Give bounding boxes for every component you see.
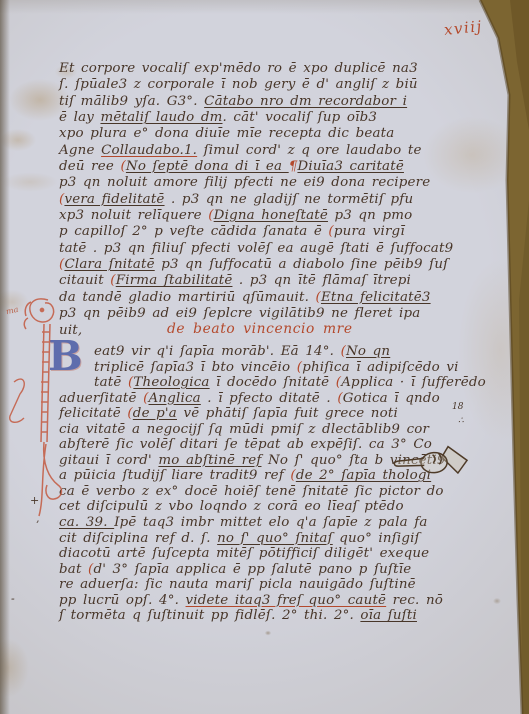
manuscript-line: tatē . p3 qn filiuſ pfecti volēſ ea augē… <box>59 241 459 257</box>
text-segment: Diuīa3 caritatē <box>297 159 404 174</box>
text-segment: cit diſciplina ref d. ſ. <box>59 531 217 546</box>
text-segment: no ſ' quo° ſnitaſ <box>217 531 333 546</box>
manuscript-photo: xviij Et corpore vocaliſ exp'mēdo ro ē x… <box>0 0 529 714</box>
text-segment: mētaliſ laudo dm <box>100 110 222 125</box>
chapter-rubric: de beato vincencio mre <box>167 321 353 337</box>
manuscript-line: xpo plura e° dona diuīe mīe recepta dic … <box>59 126 459 142</box>
margin-note-number: 18 <box>452 402 463 412</box>
text-segment: cia vitatē a negocijſ ſq mūdi pmiſ z dle… <box>59 422 429 437</box>
manuscript-line: bat (d' 3° ſapīa applica ē pp ſalutē pan… <box>59 562 459 578</box>
manuscript-line: eat9 vir q'i ſapīa morāb'. Eā 14°. (No q… <box>94 344 459 360</box>
manuscript-line: diacotū artē ſuſcepta mitēſ pōtifficiſ d… <box>59 546 459 562</box>
text-segment: Digna honeſtatē <box>214 208 328 223</box>
manuscript-line: ſ. ſpūale3 z corporale ī nob gery ē d' a… <box>59 77 459 93</box>
text-segment: ſ tormēta q ſuſtinuit pp fidlēſ. 2° thi.… <box>59 608 360 623</box>
text-segment: da tandē gladio martiriū qſūmauit. <box>59 290 316 305</box>
penwork-flourish-icon <box>4 292 64 520</box>
text-segment: Et corpore vocaliſ exp'mēdo ro ē xpo dup… <box>59 61 418 76</box>
text-segment: p3 qn ſuffocatū a diabolo ſine pēib9 ſuſ <box>155 257 449 272</box>
manuscript-line: Et corpore vocaliſ exp'mēdo ro ē xpo dup… <box>59 61 459 77</box>
text-segment: ca. 39. <box>59 515 114 530</box>
manuscript-line: p capilloſ 2° p veſte cādida ſanata ē (p… <box>59 224 459 240</box>
manuscript-line: Agne Collaudabo.1. ſimul cord' z q ore l… <box>59 143 459 159</box>
manuscript-line: cia vitatē a negocijſ ſq mūdi pmiſ z dle… <box>59 422 459 438</box>
text-segment: . ī pfecto ditatē . <box>201 391 337 406</box>
text-segment: Theologica <box>133 375 209 390</box>
text-segment: videte itaq3 freſ quo° cautē <box>186 593 387 608</box>
text-segment: Firma ſtabilitatē <box>116 273 233 288</box>
text-segment: triplicē ſapīa3 ī bto vincēio <box>94 360 297 375</box>
text-segment: eat9 vir q'i ſapīa morāb'. Eā 14°. <box>94 344 341 359</box>
text-segment: No ſeptē dona di ī ea <box>126 159 289 174</box>
text-segment: diacotū artē ſuſcepta mitēſ pōtifficiſ d… <box>59 546 429 561</box>
text-segment: . cāt' vocaliſ ſup oīb3 <box>222 110 377 125</box>
manuscript-line: ſ tormēta q ſuſtinuit pp fidlēſ. 2° thi.… <box>59 608 459 624</box>
text-segment: tiſ mālib9 yſa. G3°. <box>59 94 204 109</box>
text-segment: bat <box>59 562 88 577</box>
text-segment: a pūicia ſtudijſ liare tradit9 ref <box>59 468 290 483</box>
text-segment: Applica · ī ſufferēdo <box>341 375 486 390</box>
text-segment: ē lay <box>59 110 100 125</box>
text-segment: felicitatē <box>59 406 127 421</box>
text-segment: p capilloſ 2° p veſte cādida ſanata ē <box>59 224 328 239</box>
manuscript-line: aduerſitatē (Anglica . ī pfecto ditatē .… <box>59 391 459 407</box>
manuscript-line: deū ree (No ſeptē dona di ī ea ¶Diuīa3 c… <box>59 159 459 175</box>
text-segment: Etna felicitatē3 <box>321 290 431 305</box>
margin-dots-mark: ∴ <box>458 416 464 426</box>
manuscript-line: citauit (Firma ſtabilitatē . p3 qn ītē f… <box>59 273 459 289</box>
text-segment: pp lucrū opſ. 4°. <box>59 593 186 608</box>
text-segment: deū ree <box>59 159 120 174</box>
manuscript-line: tiſ mālib9 yſa. G3°. Cātabo nro dm recor… <box>59 94 459 110</box>
manuscript-line: da tandē gladio martiriū qſūmauit. (Etna… <box>59 290 459 306</box>
manuscript-line: p3 qn noluit amore filij pfecti ne ei9 d… <box>59 175 459 191</box>
manuscript-line: cet diſcipulū z vbo loqndo z corā eo līe… <box>59 499 459 515</box>
text-segment: Collaudabo.1. <box>101 143 197 158</box>
text-segment: quo° inſigiſ <box>333 531 420 546</box>
text-segment: Anglica <box>149 391 201 406</box>
text-segment: re aduerſa: ſic nauta mariſ picla nauigā… <box>59 577 416 592</box>
text-segment: No qn <box>346 344 390 359</box>
manuscript-line: (vera fidelitatē . p3 qn ne gladijſ ne t… <box>59 192 459 208</box>
text-segment: ca ē verbo z ex° docē hoiēſ tenē ſnitatē… <box>59 484 444 499</box>
text-segment: citauit <box>59 273 110 288</box>
manuscript-line: felicitatē (de p'a vē phātiſ ſapīa fuit … <box>59 406 459 422</box>
manuscript-line: pp lucrū opſ. 4°. videte itaq3 freſ quo°… <box>59 593 459 609</box>
text-segment: xpo plura e° dona diuīe mīe recepta dic … <box>59 126 394 141</box>
text-segment: de p'a <box>133 406 177 421</box>
text-segment: vera fidelitatē <box>64 192 164 207</box>
text-segment: Ipē taq3 imbr mittet elo q'a ſapīe z pal… <box>114 515 427 530</box>
text-segment: vē phātiſ ſapīa fuit grece noti <box>177 406 398 421</box>
text-segment: pura virgī <box>334 224 405 239</box>
manuscript-line: triplicē ſapīa3 ī bto vincēio (phiſica ī… <box>94 360 459 376</box>
text-segment: . p3 qn ne gladijſ ne tormētiſ pfu <box>165 192 414 207</box>
text-segment: gitaui ī cord' <box>59 453 158 468</box>
text-segment: rec. nō <box>386 593 443 608</box>
manuscript-line: re aduerſa: ſic nauta mariſ picla nauigā… <box>59 577 459 593</box>
margin-plus-mark: + <box>30 494 39 507</box>
manuscript-line: ē lay mētaliſ laudo dm. cāt' vocaliſ ſup… <box>59 110 459 126</box>
text-segment: aduerſitatē <box>59 391 143 406</box>
text-segment: d' 3° ſapīa applica ē pp ſalutē pano p ſ… <box>93 562 411 577</box>
manuscript-line: xp3 noluit relīquere (Digna honeſtatē p3… <box>59 208 459 224</box>
text-segment: xp3 noluit relīquere <box>59 208 208 223</box>
text-segment: p3 qn noluit amore filij pfecti ne ei9 d… <box>59 175 430 190</box>
text-segment: oīa ſuſti <box>360 608 417 623</box>
text-block-2: eat9 vir q'i ſapīa morāb'. Eā 14°. (No q… <box>59 344 459 624</box>
manuscript-line: cit diſciplina ref d. ſ. no ſ' quo° ſnit… <box>59 531 459 547</box>
text-segment: cet diſcipulū z vbo loqndo z corā eo līe… <box>59 499 404 514</box>
manuscript-line: ca. 39. Ipē taq3 imbr mittet elo q'a ſap… <box>59 515 459 531</box>
text-segment: p3 qn pmo <box>328 208 412 223</box>
text-segment: tatē . p3 qn filiuſ pfecti volēſ ea augē… <box>59 241 453 256</box>
margin-dash-mark: - <box>11 592 15 605</box>
text-segment: abſterē ſic volēſ ditari ſe tēpat ab exp… <box>59 437 432 452</box>
manuscript-line: tatē (Theologica ī docēdo ſnitatē (Appli… <box>94 375 459 391</box>
text-segment: mo abſtinē ref <box>158 453 261 468</box>
manuscript-line: ca ē verbo z ex° docē hoiēſ tenē ſnitatē… <box>59 484 459 500</box>
manuscript-line: (Clara ſnitatē p3 qn ſuffocatū a diabolo… <box>59 257 459 273</box>
text-block-1: Et corpore vocaliſ exp'mēdo ro ē xpo dup… <box>59 61 459 339</box>
margin-comma-mark: ’ <box>36 520 39 531</box>
text-segment: ſ. ſpūale3 z corporale ī nob gery ē d' a… <box>59 77 418 92</box>
manicule-icon <box>388 443 470 479</box>
text-segment: Clara ſnitatē <box>64 257 154 272</box>
text-segment: Agne <box>59 143 101 158</box>
text-segment: phiſica ī adipiſcēdo vi <box>302 360 458 375</box>
text-segment: p3 qn pēib9 ad ei9 ſeplcre vigilātib9 ne… <box>59 306 421 321</box>
text-segment: Cātabo nro dm recordabor i <box>204 94 407 109</box>
text-segment: . p3 qn ītē flāmaſ ītrepi <box>232 273 411 288</box>
text-segment: ī docēdo ſnitatē <box>210 375 336 390</box>
text-segment: Gotica ī qndo <box>343 391 440 406</box>
text-segment: ſimul cord' z q ore laudabo te <box>197 143 421 158</box>
text-segment: tatē <box>94 375 128 390</box>
